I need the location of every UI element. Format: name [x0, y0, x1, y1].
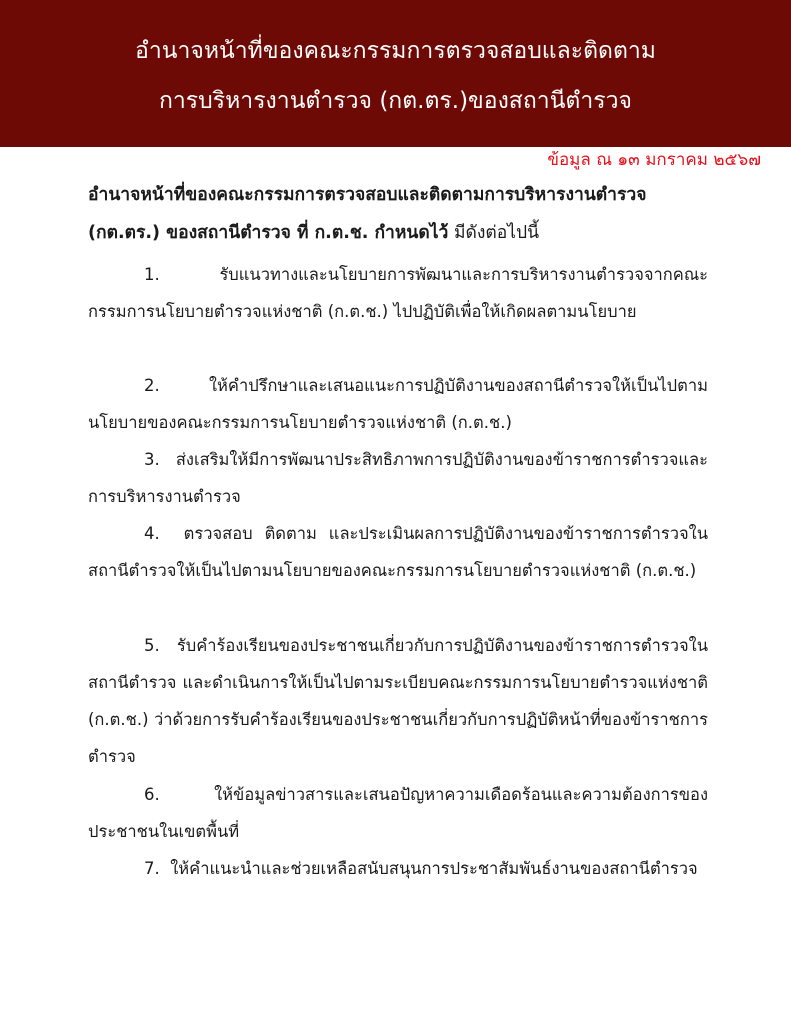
- item-text: รับคำร้องเรียนของประชาชนเกี่ยวกับการปฏิบ…: [88, 636, 708, 766]
- item-number: 4.: [144, 524, 160, 543]
- banner-title-line-2: การบริหารงานตำรวจ (กต.ตร.)ของสถานีตำรวจ: [0, 84, 791, 118]
- item-text: รับแนวทางและนโยบายการพัฒนาและการบริหารงา…: [88, 265, 708, 321]
- intro-paragraph: อำนาจหน้าที่ของคณะกรรมการตรวจสอบและติดตา…: [88, 176, 708, 252]
- intro-bold-text: อำนาจหน้าที่ของคณะกรรมการตรวจสอบและติดตา…: [88, 185, 646, 243]
- item-number: 6.: [144, 785, 160, 804]
- item-text: ให้คำปรึกษาและเสนอแนะการปฏิบัติงานของสถา…: [88, 376, 708, 432]
- list-item: 6. ให้ข้อมูลข่าวสารและเสนอปัญหาความเดือด…: [88, 776, 708, 850]
- item-number: 5.: [144, 636, 160, 655]
- item-text: ให้คำแนะนำและช่วยเหลือสนับสนุนการประชาสั…: [170, 859, 697, 878]
- list-item: 7. ให้คำแนะนำและช่วยเหลือสนับสนุนการประช…: [88, 850, 708, 887]
- list-item: 2. ให้คำปรึกษาและเสนอแนะการปฏิบัติงานของ…: [88, 367, 708, 441]
- item-number: 3.: [144, 450, 160, 469]
- list-item: 5. รับคำร้องเรียนของประชาชนเกี่ยวกับการป…: [88, 627, 708, 775]
- item-text: ส่งเสริมให้มีการพัฒนาประสิทธิภาพการปฏิบั…: [88, 450, 708, 506]
- item-text: ตรวจสอบ ติดตาม และประเมินผลการปฏิบัติงาน…: [88, 524, 708, 580]
- list-item: 3. ส่งเสริมให้มีการพัฒนาประสิทธิภาพการปฏ…: [88, 441, 708, 515]
- list-item: 1. รับแนวทางและนโยบายการพัฒนาและการบริหา…: [88, 256, 708, 330]
- item-number: 1.: [144, 265, 160, 284]
- item-text: ให้ข้อมูลข่าวสารและเสนอปัญหาความเดือดร้อ…: [88, 785, 708, 841]
- intro-normal-text: มีดังต่อไปนี้: [448, 223, 539, 243]
- banner-title-line-1: อำนาจหน้าที่ของคณะกรรมการตรวจสอบและติดตา…: [0, 34, 791, 68]
- date-stamp: ข้อมูล ณ ๑๓ มกราคม ๒๕๖๗: [547, 148, 761, 172]
- list-item: 4. ตรวจสอบ ติดตาม และประเมินผลการปฏิบัติ…: [88, 515, 708, 589]
- title-banner: อำนาจหน้าที่ของคณะกรรมการตรวจสอบและติดตา…: [0, 0, 791, 147]
- item-number: 7.: [144, 859, 160, 878]
- item-number: 2.: [144, 376, 160, 395]
